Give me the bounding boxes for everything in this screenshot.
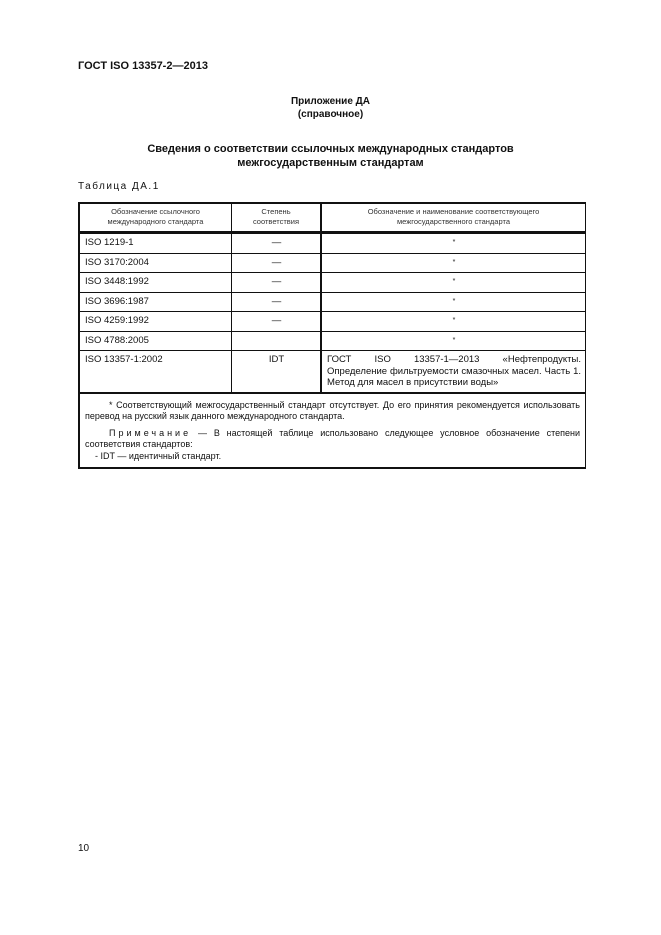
section-title-line1: Сведения о соответствии ссылочных междун… (0, 142, 661, 156)
note-paragraph: Примечание — В настоящей таблице использ… (85, 428, 580, 451)
cell-national: * (321, 233, 586, 254)
cell-degree: — (232, 253, 322, 273)
table-footnote-row: * Соответствующий межгосударственный ста… (79, 393, 586, 469)
table-row: ISO 3696:1987 — * (79, 292, 586, 312)
appendix-subtitle: (справочное) (0, 108, 661, 121)
header-national-standard: Обозначение и наименование соответствующ… (321, 203, 586, 233)
cell-reference: ISO 4788:2005 (79, 331, 232, 351)
table-row: ISO 13357-1:2002 IDT ГОСТ ISO 13357-1—20… (79, 351, 586, 393)
cell-degree: — (232, 273, 322, 293)
table-header-row: Обозначение ссылочного международного ст… (79, 203, 586, 233)
cell-national: * (321, 292, 586, 312)
table-row: ISO 1219-1 — * (79, 233, 586, 254)
header-text: международного стандарта (84, 217, 227, 227)
correspondence-table: Обозначение ссылочного международного ст… (78, 202, 586, 469)
cell-national: * (321, 273, 586, 293)
cell-degree: — (232, 233, 322, 254)
document-code: ГОСТ ISO 13357-2—2013 (78, 60, 208, 72)
cell-reference: ISO 3696:1987 (79, 292, 232, 312)
table-row: ISO 3448:1992 — * (79, 273, 586, 293)
header-reference-standard: Обозначение ссылочного международного ст… (79, 203, 232, 233)
table-footnote-cell: * Соответствующий межгосударственный ста… (79, 393, 586, 469)
table-row: ISO 3170:2004 — * (79, 253, 586, 273)
table-row: ISO 4788:2005 * (79, 331, 586, 351)
table-row: ISO 4259:1992 — * (79, 312, 586, 332)
cell-reference: ISO 13357-1:2002 (79, 351, 232, 393)
note-label: Примечание (109, 428, 191, 438)
header-text: Обозначение и наименование соответствующ… (326, 207, 581, 217)
footnote-text: * Соответствующий межгосударственный ста… (85, 400, 580, 423)
cell-degree (232, 331, 322, 351)
cell-national: * (321, 331, 586, 351)
header-text: межгосударственного стандарта (326, 217, 581, 227)
cell-degree: — (232, 312, 322, 332)
section-title: Сведения о соответствии ссылочных междун… (0, 142, 661, 170)
cell-national: ГОСТ ISO 13357-1—2013 «Нефтепродукты. Оп… (321, 351, 586, 393)
section-title-line2: межгосударственным стандартам (0, 156, 661, 170)
cell-reference: ISO 3448:1992 (79, 273, 232, 293)
header-text: соответствия (236, 217, 316, 227)
cell-reference: ISO 4259:1992 (79, 312, 232, 332)
table-caption: Таблица ДА.1 (78, 181, 160, 192)
cell-reference: ISO 1219-1 (79, 233, 232, 254)
cell-national: * (321, 312, 586, 332)
cell-reference: ISO 3170:2004 (79, 253, 232, 273)
header-text: Степень (236, 207, 316, 217)
header-text: Обозначение ссылочного (84, 207, 227, 217)
appendix-title: Приложение ДА (0, 95, 661, 108)
page-number: 10 (78, 843, 89, 854)
cell-national: * (321, 253, 586, 273)
note-item: - IDT — идентичный стандарт. (85, 451, 580, 463)
cell-degree: IDT (232, 351, 322, 393)
cell-degree: — (232, 292, 322, 312)
header-degree: Степень соответствия (232, 203, 322, 233)
appendix-heading: Приложение ДА (справочное) (0, 95, 661, 121)
